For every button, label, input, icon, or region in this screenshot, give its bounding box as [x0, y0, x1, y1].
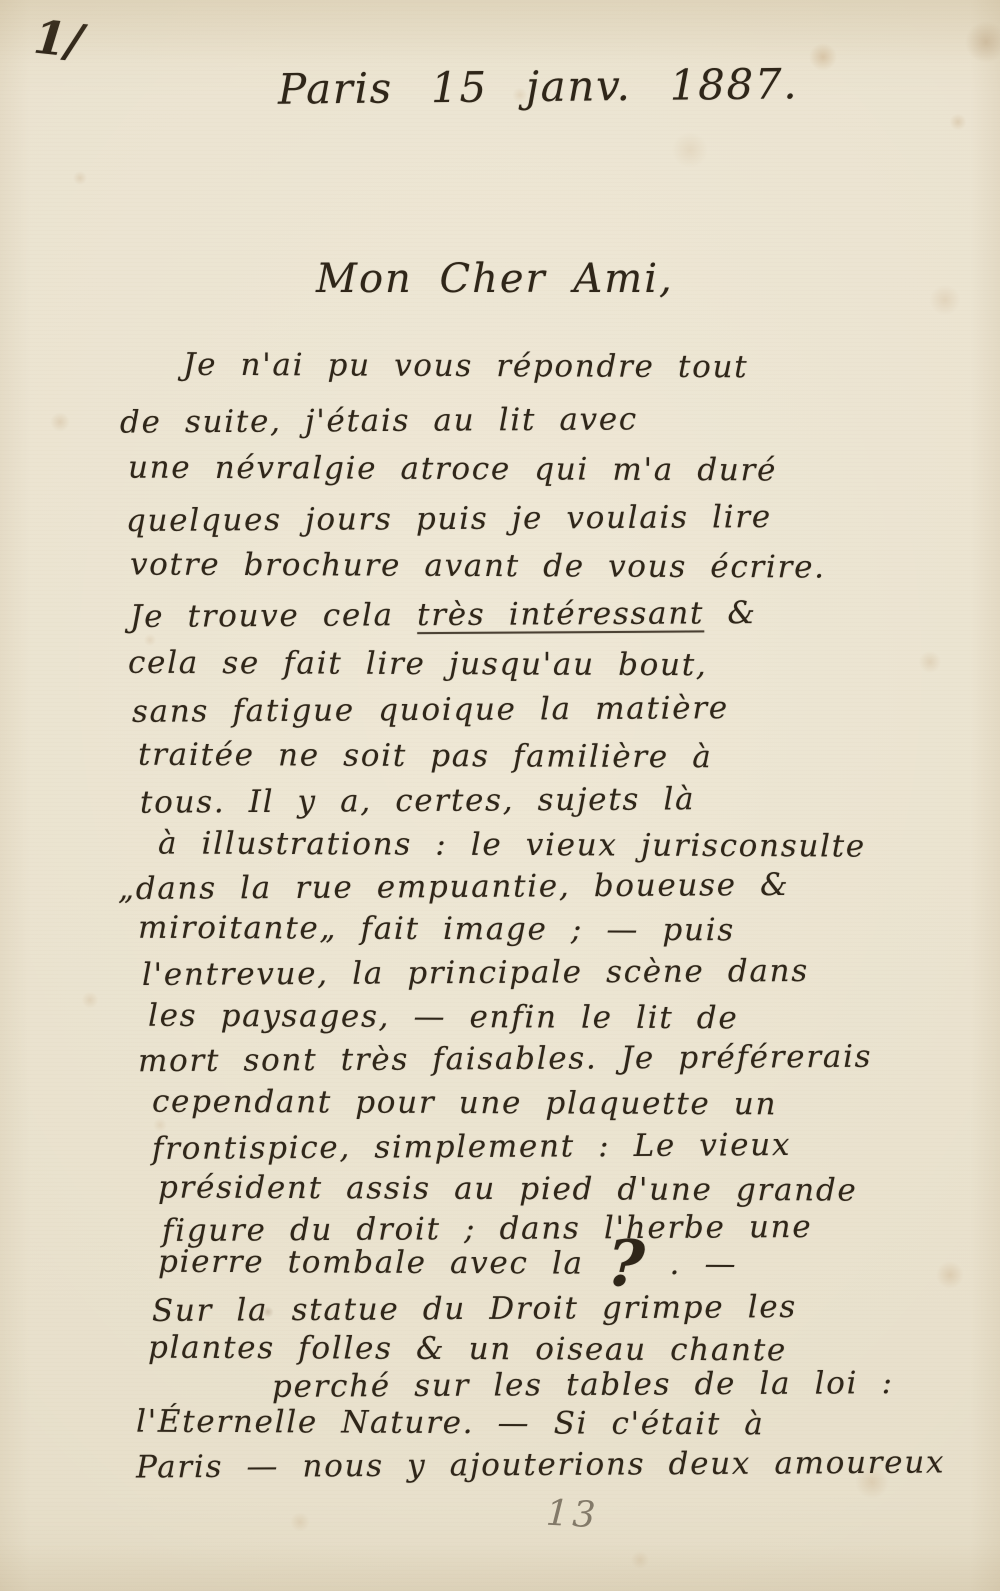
- letter-line: Sur la statue du Droit grimpe les: [152, 1290, 797, 1330]
- letter-line: une névralgie atroce qui m'a duré: [128, 451, 777, 489]
- pencil-page-number: 13: [545, 1493, 600, 1537]
- letter-line: à illustrations : le vieux jurisconsulte: [158, 826, 866, 865]
- letter-line: plantes folles & un oiseau chante: [148, 1331, 787, 1369]
- letter-line: l'Éternelle Nature. — Si c'était à: [136, 1405, 765, 1443]
- line-text: Je trouve cela: [130, 597, 417, 635]
- large-question-mark: ?: [607, 1264, 646, 1266]
- underlined-phrase: très intéressant: [417, 595, 704, 633]
- letter-line: Paris — nous y ajouterions deux amoureux: [136, 1446, 945, 1487]
- letter-line: l'entrevue, la principale scène dans: [142, 954, 809, 994]
- line-text: &: [704, 595, 757, 631]
- letter-line: les paysages, — enfin le lit de: [148, 999, 739, 1037]
- letter-line: perché sur les tables de la loi :: [272, 1366, 894, 1405]
- letter-line: frontispice, simplement : Le vieux: [152, 1128, 791, 1168]
- letter-line: pierre tombale avec la ? . —: [158, 1245, 737, 1283]
- letter-line: cependant pour une plaquette un: [152, 1085, 777, 1123]
- letter-line: sans fatigue quoique la matière: [132, 691, 729, 730]
- line-text: . —: [646, 1246, 737, 1282]
- page-number-marker: 1/: [31, 10, 85, 69]
- letter-line: miroitante„ fait image ; — puis: [138, 911, 735, 949]
- letter-scan-page: 1/ Paris 15 janv. 1887. Mon Cher Ami, Je…: [0, 0, 1000, 1591]
- letter-line: traitée ne soit pas familière à: [138, 738, 713, 776]
- salutation: Mon Cher Ami,: [316, 256, 674, 302]
- line-text: pierre tombale avec la: [158, 1244, 607, 1282]
- letter-line: de suite, j'étais au lit avec: [120, 402, 638, 441]
- letter-line: Je n'ai pu vous répondre tout: [183, 348, 748, 386]
- letter-line: tous. Il y a, certes, sujets là: [140, 782, 695, 821]
- letter-line: Je trouve cela très intéressant &: [130, 596, 757, 635]
- letter-line: votre brochure avant de vous écrire.: [130, 547, 826, 586]
- letter-line: mort sont très faisables. Je préférerais: [138, 1040, 872, 1080]
- letter-line: président assis au pied d'une grande: [158, 1170, 858, 1209]
- letter-line: cela se fait lire jusqu'au bout,: [128, 646, 708, 684]
- letter-line: quelques jours puis je voulais lire: [126, 500, 772, 540]
- dateline: Paris 15 janv. 1887.: [278, 59, 799, 113]
- letter-line: „dans la rue empuantie, boueuse &: [118, 868, 790, 908]
